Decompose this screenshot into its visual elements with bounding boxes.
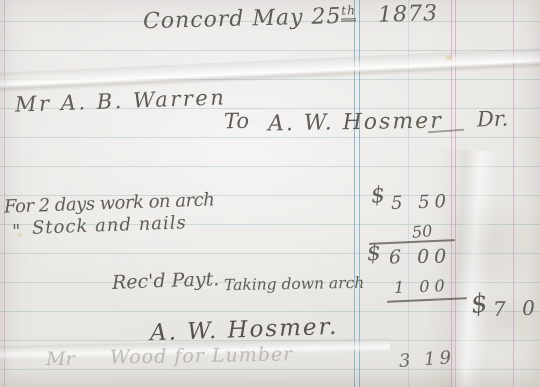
ledger-line-pink-1 (451, 0, 452, 387)
item-amount-1: 5 50 (391, 192, 452, 214)
ledger-line-blue-1 (354, 0, 355, 387)
dateline-year: 1873 (378, 1, 439, 28)
received-amount: 1 00 (394, 277, 450, 297)
receipt-paper: Concord May 25th 1873 Mr A. B. Warren To… (0, 0, 540, 387)
debtor-abbrev: Dr. (477, 107, 509, 131)
subtotal-currency: $ (366, 241, 382, 266)
ledger-line-blue-2 (359, 0, 360, 387)
received-desc: Taking down arch (224, 275, 365, 294)
dateline-ordinal-suffix: th (341, 3, 356, 21)
to-label: To (224, 110, 249, 134)
subtotal-amount: 6 00 (389, 246, 452, 268)
total-amount: 7 00 (493, 296, 540, 320)
ledger-line-pink-2 (455, 0, 456, 387)
payee-name: A. W. Hosmer (268, 109, 443, 136)
faint-note-text: Wood for Lumber (110, 344, 294, 368)
ditto-mark: " (12, 222, 20, 242)
faint-note-prefix: Mr (46, 349, 75, 370)
item-currency-1: $ (370, 183, 386, 209)
received-payment-label: Rec'd Payt. (112, 269, 220, 294)
dateline-place-date: Concord May 25 (143, 4, 342, 34)
margin-line-pink-left (4, 0, 5, 387)
faint-note-amount: 3 19 (398, 348, 455, 372)
ledger-line-pink-3 (513, 0, 514, 387)
item-amount-2: 50 (411, 222, 433, 241)
